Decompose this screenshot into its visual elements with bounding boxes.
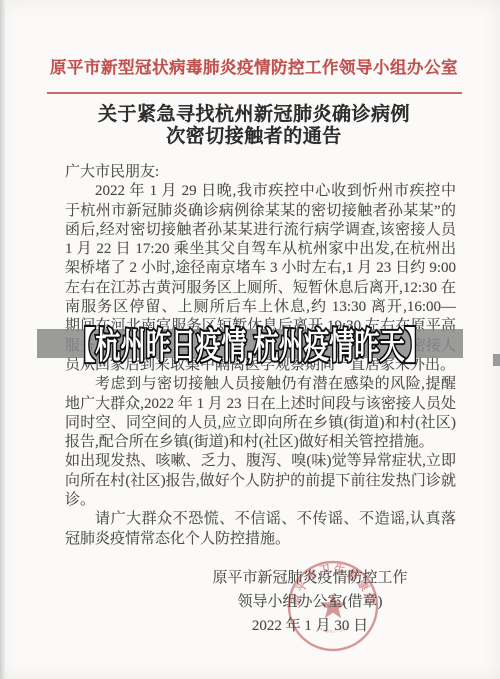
paragraph2-line: 报告,配合所在乡镇(街道)和村(社区)做好相关管控措施。 xyxy=(65,433,456,452)
agency-header: 原平市新型冠状病毒肺炎疫情防控工作领导小组办公室 xyxy=(40,54,468,78)
paragraph2-line: 向所在村(社区)报告,做好个人防护的前提下前往发热门诊就 xyxy=(65,472,456,491)
paragraph1-line: 1 月 22 日 17:20 乘坐其父自驾车从杭州家中出发,在杭州出城高 xyxy=(65,240,456,259)
document-title: 关于紧急寻找杭州新冠肺炎确诊病例 次密切接触者的通告 xyxy=(40,104,468,148)
watermark-text: 【杭州昨日疫情,杭州疫情昨天】 xyxy=(70,318,430,369)
paragraph1-line: 南服务区停留、上厕所后车上休息,约 13:30 离开,16:00—17:00 xyxy=(65,298,456,317)
paragraph2-line: 考虑到与密切接触人员接触仍有潜在感染的风险,提醒途径 xyxy=(65,375,456,394)
signature-date: 2022 年 1 月 30 日 xyxy=(195,614,425,638)
watermark-band: 【杭州昨日疫情,杭州疫情昨天】 xyxy=(37,329,463,358)
paragraph2-line: 诊。 xyxy=(65,491,456,510)
paragraph1-line: 函后,经对密切接触者孙某某进行流行病学调查,该密接人员于 xyxy=(65,221,456,240)
paragraph3-line: 请广大群众不恐慌、不信谣、不传谣、不造谣,认真落实新 xyxy=(65,510,456,529)
photo-left-edge xyxy=(0,0,5,679)
paragraph2-line: 同时空、同空间的人员,应立即向所在乡镇(街道)和村(社区) xyxy=(65,414,456,433)
signature-org-line1: 原平市新冠肺炎疫情防控工作 xyxy=(195,566,425,590)
paragraph3-line: 冠肺炎疫情常态化个人防控措施。 xyxy=(65,530,456,549)
header-divider-rule xyxy=(47,92,462,94)
salutation: 广大市民朋友: xyxy=(65,163,456,182)
signature-block: 原平市新冠肺炎疫情防控工作 领导小组办公室(借章) 2022 年 1 月 30 … xyxy=(195,566,425,638)
paragraph2-line: 如出现发热、咳嗽、乏力、腹泻、嗅(味)觉等异常症状,立即 xyxy=(65,452,456,471)
document-title-line2: 次密切接触者的通告 xyxy=(40,126,468,148)
paragraph2-line: 地广大群众,2022 年 1 月 23 日在上述时间段与该密接人员处于 xyxy=(65,395,456,414)
paragraph1-line: 2022 年 1 月 29 日晚,我市疾控中心收到忻州市疾控中心“关 xyxy=(65,182,456,201)
signature-org-line2: 领导小组办公室(借章) xyxy=(195,590,425,614)
paragraph1-line: 左右在江苏古黄河服务区上厕所、短暂休息后离开,12:30 在济 xyxy=(65,279,456,298)
paragraph1-line: 架桥堵了 2 小时,途径南京堵车 3 小时左右,1 月 23 日约 9:00 xyxy=(65,259,456,278)
document-photo: 原平市新型冠状病毒肺炎疫情防控工作领导小组办公室 关于紧急寻找杭州新冠肺炎确诊病… xyxy=(0,0,500,679)
paragraph1-line: 于杭州市新冠肺炎确诊病例徐某某的密切接触者孙某某”的协查 xyxy=(65,202,456,221)
document-title-line1: 关于紧急寻找杭州新冠肺炎确诊病例 xyxy=(40,104,468,126)
watermark-band-fragment xyxy=(493,354,500,366)
